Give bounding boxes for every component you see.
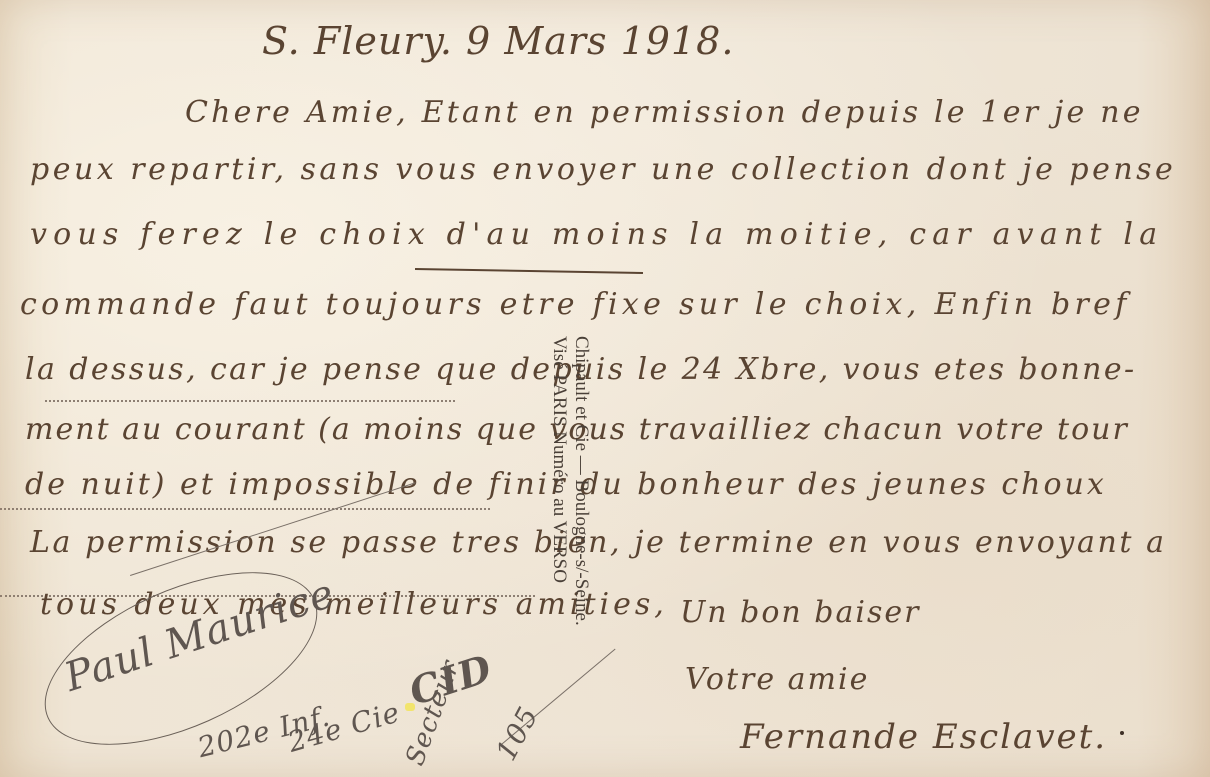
signature: Fernande Esclavet. <box>740 720 1107 754</box>
closing-kiss: Un bon baiser <box>680 598 920 628</box>
closing-signoff: Votre amie <box>685 665 869 695</box>
yellow-stain <box>405 703 415 711</box>
imprint-line-2: Visé PARIS Numéro au VERSO <box>548 336 570 626</box>
underline-mark <box>415 268 643 274</box>
dotted-line-2 <box>0 508 490 510</box>
dotted-line-1 <box>45 400 455 402</box>
signature-period-dot <box>1120 731 1124 735</box>
body-line-3: vous ferez le choix d'au moins la moitie… <box>30 220 1163 250</box>
place-date: S. Fleury. 9 Mars 1918. <box>262 22 734 60</box>
imprint-line-1: Chipault et Cie — Boulogne-s/-Seine. <box>570 336 592 626</box>
publisher-imprint: Chipault et Cie — Boulogne-s/-Seine. Vis… <box>548 336 592 626</box>
body-line-1: Chere Amie, Etant en permission depuis l… <box>185 98 1144 128</box>
postcard-back: S. Fleury. 9 Mars 1918. Chere Amie, Etan… <box>0 0 1210 777</box>
body-line-8: La permission se passe tres bien, je ter… <box>30 528 1167 558</box>
pencil-sector-number: 105 <box>492 702 543 765</box>
body-line-2: peux repartir, sans vous envoyer une col… <box>30 155 1176 185</box>
body-line-4: commande faut toujours etre fixe sur le … <box>20 290 1131 320</box>
